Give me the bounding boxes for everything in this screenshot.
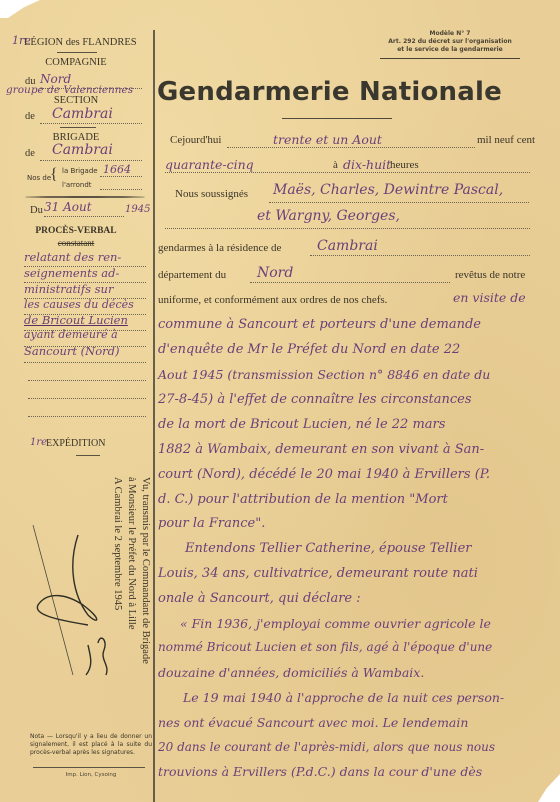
transmis-line: A Cambrai le 2 septembre 1945 — [110, 477, 124, 717]
mil-label: mil neuf cent — [477, 134, 535, 146]
narrative-line: Louis, 34 ans, cultivatrice, demeurant r… — [158, 566, 550, 581]
divider — [380, 58, 520, 59]
dotted-line — [24, 314, 146, 315]
brigade-de: de — [25, 148, 35, 159]
narrative-line: court (Nord), décédé le 20 mai 1940 à Er… — [158, 467, 550, 482]
section-label: SECTION — [0, 95, 152, 106]
divider — [60, 127, 96, 128]
narrative-line: d'enquête de Mr le Préfet du Nord en dat… — [158, 342, 550, 357]
a-label: à — [333, 159, 338, 171]
divider — [57, 52, 97, 53]
divider — [33, 767, 145, 768]
narrative-line: 1882 à Wambaix, demeurant en son vivant … — [158, 442, 550, 457]
departement-label: département du — [158, 269, 226, 281]
la-brigade-label: la Brigade — [62, 167, 98, 175]
dotted-line — [24, 266, 146, 267]
transmis-block: Vu, transmis par le Commandant de Brigad… — [110, 477, 152, 717]
dotted-line — [28, 380, 146, 381]
pv-object-line: ministratifs sur — [24, 282, 113, 296]
narrative-line: 27-8-45) à l'effet de connaître les circ… — [158, 392, 550, 407]
brigade-value: Cambrai — [52, 142, 113, 158]
narrative-line: Aout 1945 (transmission Section n° 8846 … — [158, 367, 550, 382]
du-label: Du — [30, 205, 43, 216]
dotted-line — [310, 255, 530, 256]
soussignes-value-2: et Wargny, Georges, — [257, 208, 400, 224]
signature — [28, 525, 118, 685]
dotted-line — [24, 330, 146, 331]
narrative-line: nommé Bricout Lucien et son fils, agé à … — [158, 640, 550, 654]
transmis-line: Vu, transmis par le Commandant de Brigad… — [138, 477, 152, 717]
column-divider — [153, 30, 155, 802]
annee-value: quarante-cinq — [165, 157, 254, 172]
narrative-line: « Fin 1936, j'employai comme ouvrier agr… — [180, 616, 550, 631]
date-value: 31 Aout — [44, 200, 92, 214]
dotted-line — [100, 176, 142, 177]
narrative-line: trouvions à Ervillers (P.d.C.) dans la c… — [158, 764, 550, 779]
narrative-line: Le 19 mai 1940 à l'approche de la nuit c… — [183, 690, 550, 705]
modele-block: Modèle N° 7 Art. 292 du décret sur l'org… — [350, 30, 550, 59]
soussignes-label: Nous soussignés — [175, 188, 248, 200]
narrative-line: Entendons Tellier Catherine, épouse Tell… — [185, 541, 550, 556]
narrative-line: de la mort de Bricout Lucien, né le 22 m… — [158, 417, 550, 432]
dotted-line — [250, 282, 450, 283]
dotted-line — [165, 172, 530, 173]
dotted-line — [24, 346, 146, 347]
departement-value: Nord — [257, 265, 293, 281]
cejourdhui-value: trente et un Aout — [273, 132, 382, 147]
nos-de-label: Nos de — [27, 174, 51, 182]
brace: { — [50, 166, 58, 184]
narrative-line: douzaine d'années, domiciliés à Wambaix. — [158, 665, 550, 680]
compagnie-label: COMPAGNIE — [0, 57, 152, 68]
dotted-line — [44, 216, 124, 217]
modele-number: Modèle N° 7 — [350, 30, 550, 38]
narrative-line: en visite de — [453, 290, 526, 305]
narrative-line: onale à Sancourt, qui déclare : — [158, 591, 550, 606]
nota-text: Nota — Lorsqu'il y a lieu de donner un s… — [30, 733, 152, 757]
residence-value: Cambrai — [317, 238, 378, 254]
narrative-line: nes ont évacué Sancourt avec moi. Le len… — [158, 715, 550, 730]
la-brigade-value: 1664 — [103, 163, 131, 176]
pv-object-line: de Bricout Lucien — [24, 313, 128, 327]
dotted-line — [24, 362, 146, 363]
pv-object-line: relatant des ren- — [24, 250, 121, 264]
pv-object-line: seignements ad- — [24, 266, 119, 280]
expedition-label: EXPÉDITION — [46, 438, 105, 449]
narrative-line: d. C.) pour l'attribution de la mention … — [158, 492, 550, 507]
narrative-line: commune à Sancourt et porteurs d'une dem… — [158, 317, 550, 332]
cejourdhui-label: Cejourd'hui — [170, 134, 221, 146]
section-value: Cambrai — [52, 106, 113, 122]
narrative-line: 20 dans le courant de l'après-midi, alor… — [158, 740, 550, 754]
title-rule — [282, 118, 392, 119]
dotted-line — [227, 147, 475, 148]
heures-label: heures — [390, 159, 419, 171]
dotted-line — [40, 123, 142, 124]
sidebar-column: 1re LÉGION des FLANDRES COMPAGNIE du Nor… — [0, 0, 152, 802]
dotted-line — [100, 189, 142, 190]
dotted-line — [269, 202, 529, 203]
uniforme-label: uniforme, et conformément aux ordres de … — [158, 294, 387, 306]
legion-text: LÉGION des FLANDRES — [24, 37, 137, 48]
dotted-line — [28, 398, 146, 399]
soussignes-value-1: Maës, Charles, Dewintre Pascal, — [273, 182, 503, 198]
ornament-rule — [25, 196, 145, 198]
page-title: Gendarmerie Nationale — [157, 77, 502, 107]
article-line: Art. 292 du décret sur l'organisation — [350, 38, 550, 46]
transmis-line: à Monsieur le Préfet du Nord à Lille — [124, 477, 138, 717]
dotted-line — [165, 228, 530, 229]
dotted-line — [40, 160, 142, 161]
article-line-2: et le service de la gendarmerie — [350, 46, 550, 54]
revetus-label: revêtus de notre — [455, 269, 525, 281]
dotted-line — [28, 416, 146, 417]
arrond-label: l'arrondt — [62, 181, 92, 189]
imprimeur: Imp. Lion, Cysoing — [30, 772, 152, 778]
narrative-line: pour la France". — [158, 516, 550, 531]
dotted-line — [24, 282, 146, 283]
dotted-line — [24, 298, 146, 299]
constatant-label: constatant — [0, 238, 152, 248]
divider — [76, 455, 100, 456]
section-de: de — [25, 111, 35, 122]
gendarmes-label: gendarmes à la résidence de — [158, 242, 281, 254]
legion-label: LÉGION des FLANDRES — [24, 37, 137, 48]
year-value: 1945 — [125, 204, 150, 215]
pv-object-line: les causes du décès — [24, 298, 134, 311]
heure-value: dix-huit — [343, 157, 391, 172]
expedition-prefix: 1re — [30, 437, 47, 448]
pv-label: PROCÈS-VERBAL — [0, 226, 152, 236]
